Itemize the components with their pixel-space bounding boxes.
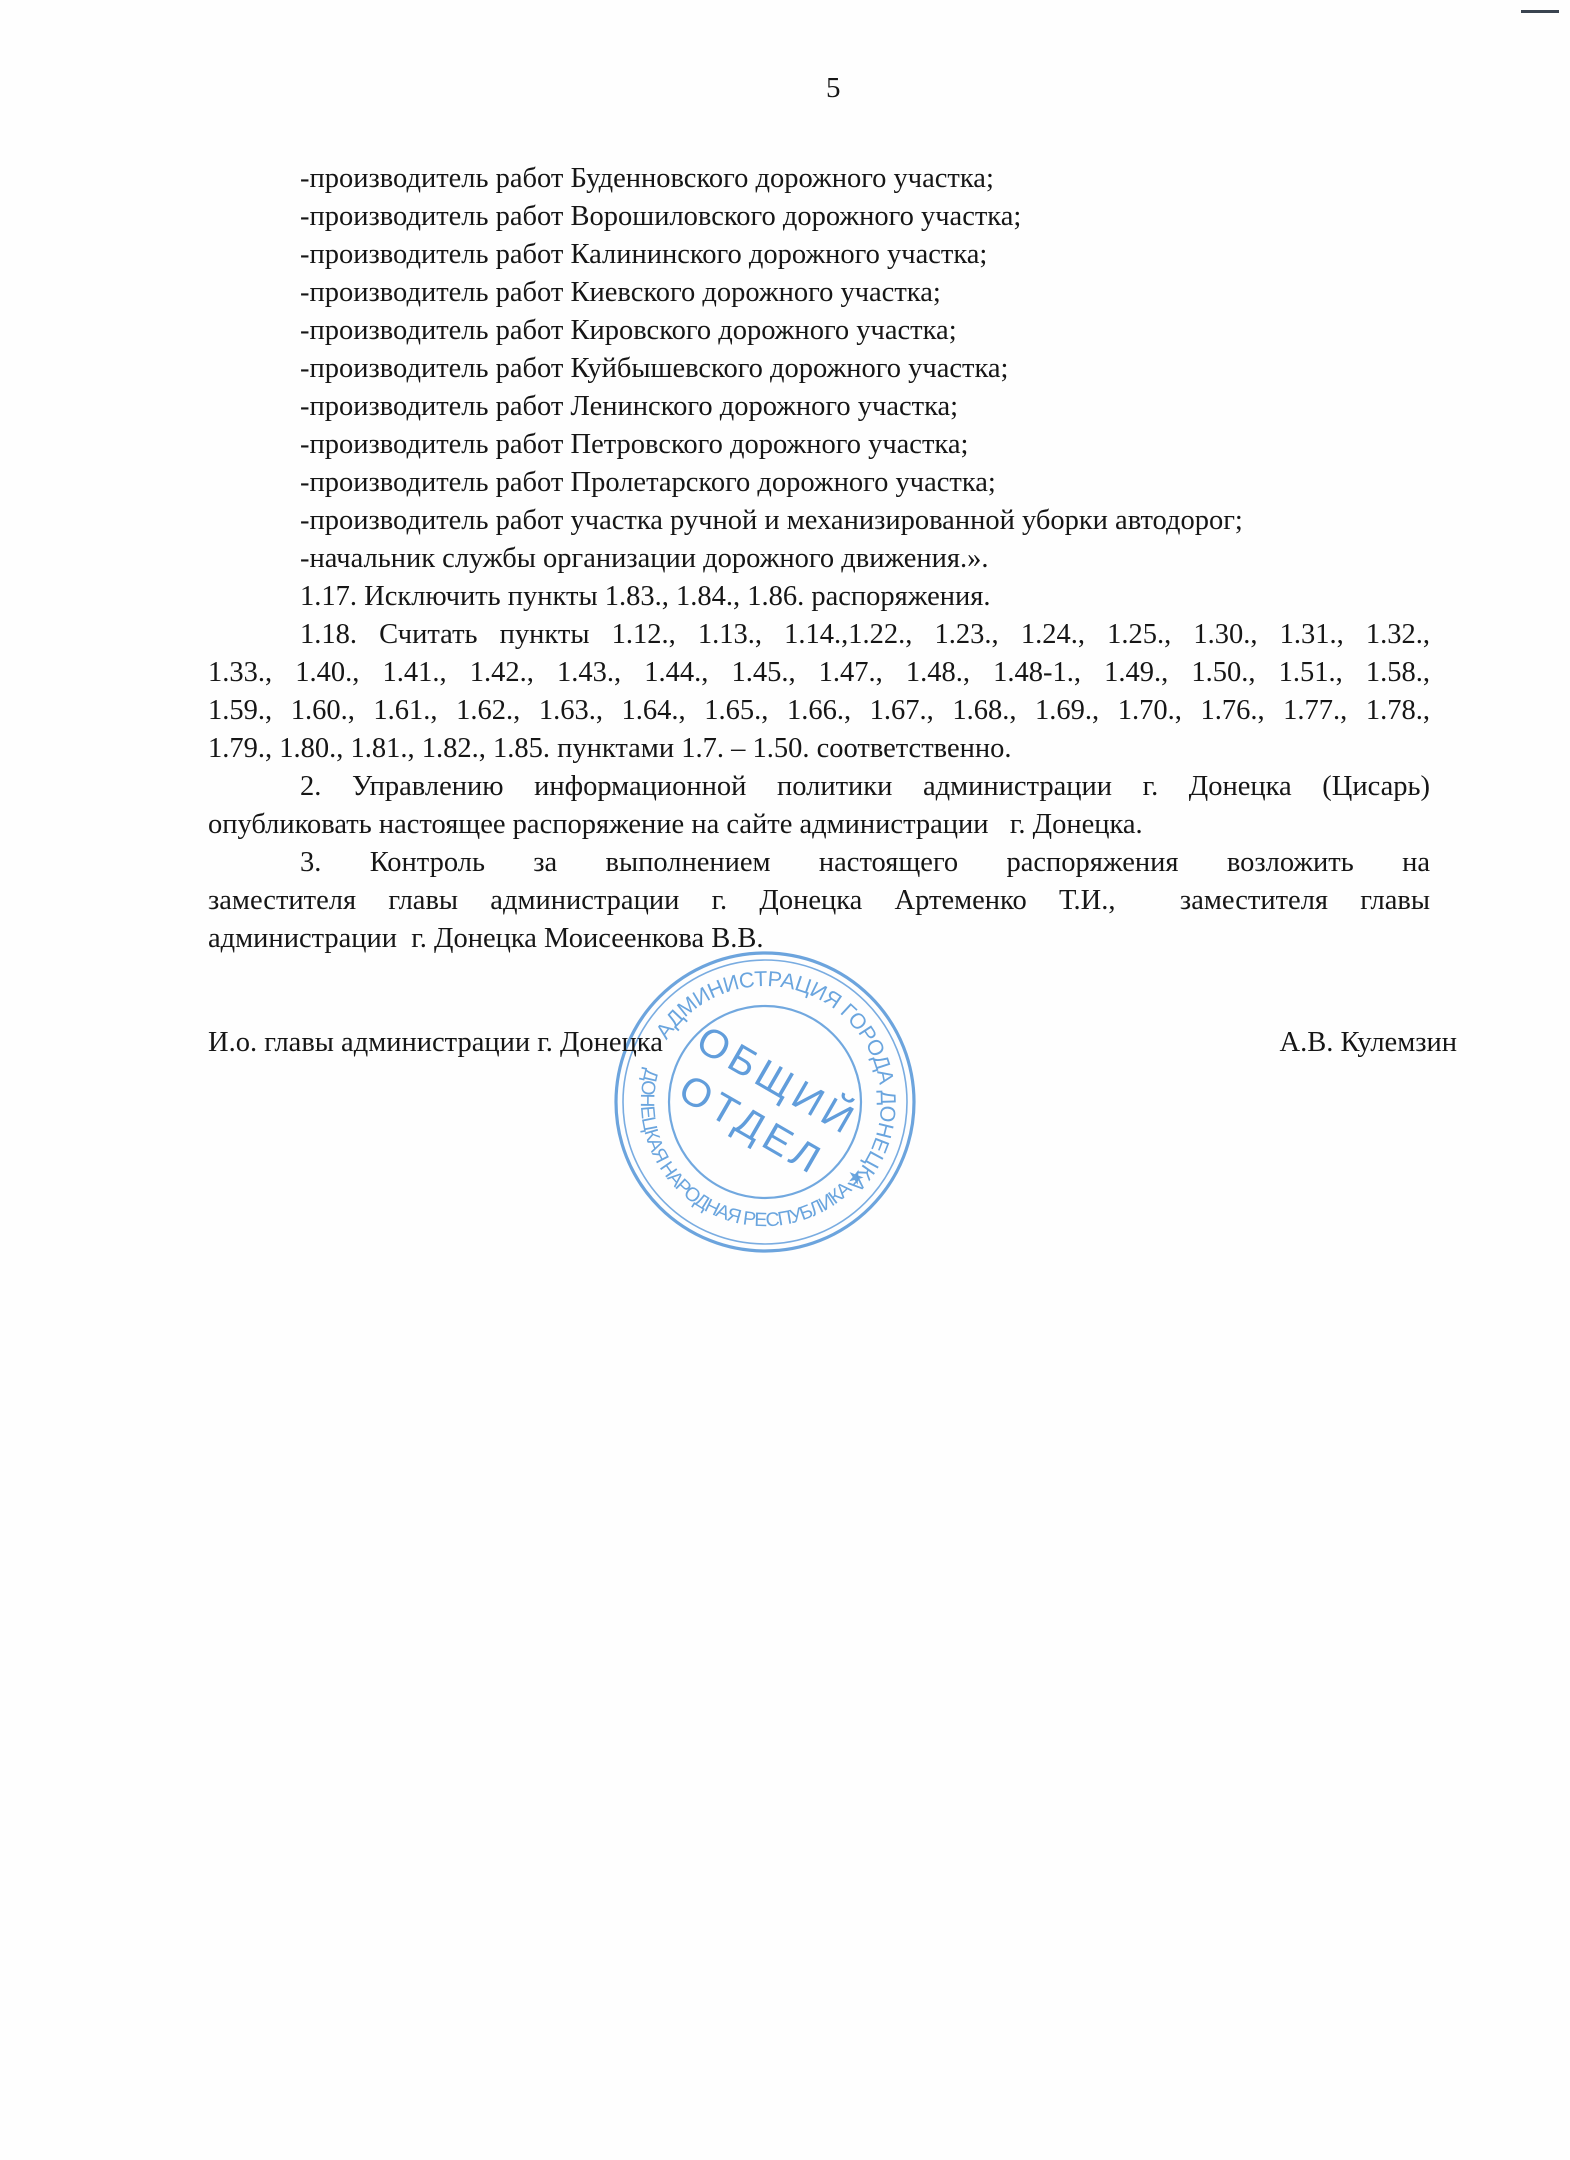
- paragraph-2-line: 2. Управлению информационной политики ад…: [208, 768, 1430, 806]
- list-item: -производитель работ Киевского дорожного…: [208, 274, 1430, 312]
- list-item: -производитель работ участка ручной и ме…: [208, 502, 1430, 540]
- signature-row: И.о. главы администрации г. Донецка А.В.…: [208, 1024, 1457, 1062]
- signature-name: А.В. Кулемзин: [1280, 1024, 1458, 1062]
- list-item: -производитель работ Пролетарского дорож…: [208, 464, 1430, 502]
- paragraph-3-line: 3. Контроль за выполнением настоящего ра…: [208, 844, 1430, 882]
- list-item: -производитель работ Буденновского дорож…: [208, 160, 1430, 198]
- official-stamp-icon: АДМИНИСТРАЦИЯ ГОРОДА ДОНЕЦКА ДОНЕЦКАЯ НА…: [605, 942, 925, 1262]
- scan-artifact-line: [1521, 10, 1559, 13]
- list-item: -производитель работ Ленинского дорожног…: [208, 388, 1430, 426]
- list-item: -производитель работ Ворошиловского доро…: [208, 198, 1430, 236]
- paragraph-1-18-line: 1.33., 1.40., 1.41., 1.42., 1.43., 1.44.…: [208, 654, 1430, 692]
- paragraph-3-line: заместителя главы администрации г. Донец…: [208, 882, 1430, 920]
- paragraph-2-line: опубликовать настоящее распоряжение на с…: [208, 806, 1430, 844]
- list-item: -производитель работ Петровского дорожно…: [208, 426, 1430, 464]
- paragraph-1-18-line: 1.18. Считать пункты 1.12., 1.13., 1.14.…: [208, 616, 1430, 654]
- paragraph-1-18-line: 1.79., 1.80., 1.81., 1.82., 1.85. пункта…: [208, 730, 1430, 768]
- scanned-document-page: 5 -производитель работ Буденновского дор…: [0, 0, 1570, 2160]
- signature-title: И.о. главы администрации г. Донецка: [208, 1024, 663, 1062]
- list-item: -производитель работ Калининского дорожн…: [208, 236, 1430, 274]
- paragraph-1-17: 1.17. Исключить пункты 1.83., 1.84., 1.8…: [208, 578, 1430, 616]
- list-item: -начальник службы организации дорожного …: [208, 540, 1430, 578]
- stamp-graphic: АДМИНИСТРАЦИЯ ГОРОДА ДОНЕЦКА ДОНЕЦКАЯ НА…: [616, 953, 914, 1251]
- page-number: 5: [826, 72, 841, 104]
- document-body: -производитель работ Буденновского дорож…: [208, 160, 1430, 958]
- list-item: -производитель работ Куйбышевского дорож…: [208, 350, 1430, 388]
- list-item: -производитель работ Кировского дорожног…: [208, 312, 1430, 350]
- paragraph-1-18-line: 1.59., 1.60., 1.61., 1.62., 1.63., 1.64.…: [208, 692, 1430, 730]
